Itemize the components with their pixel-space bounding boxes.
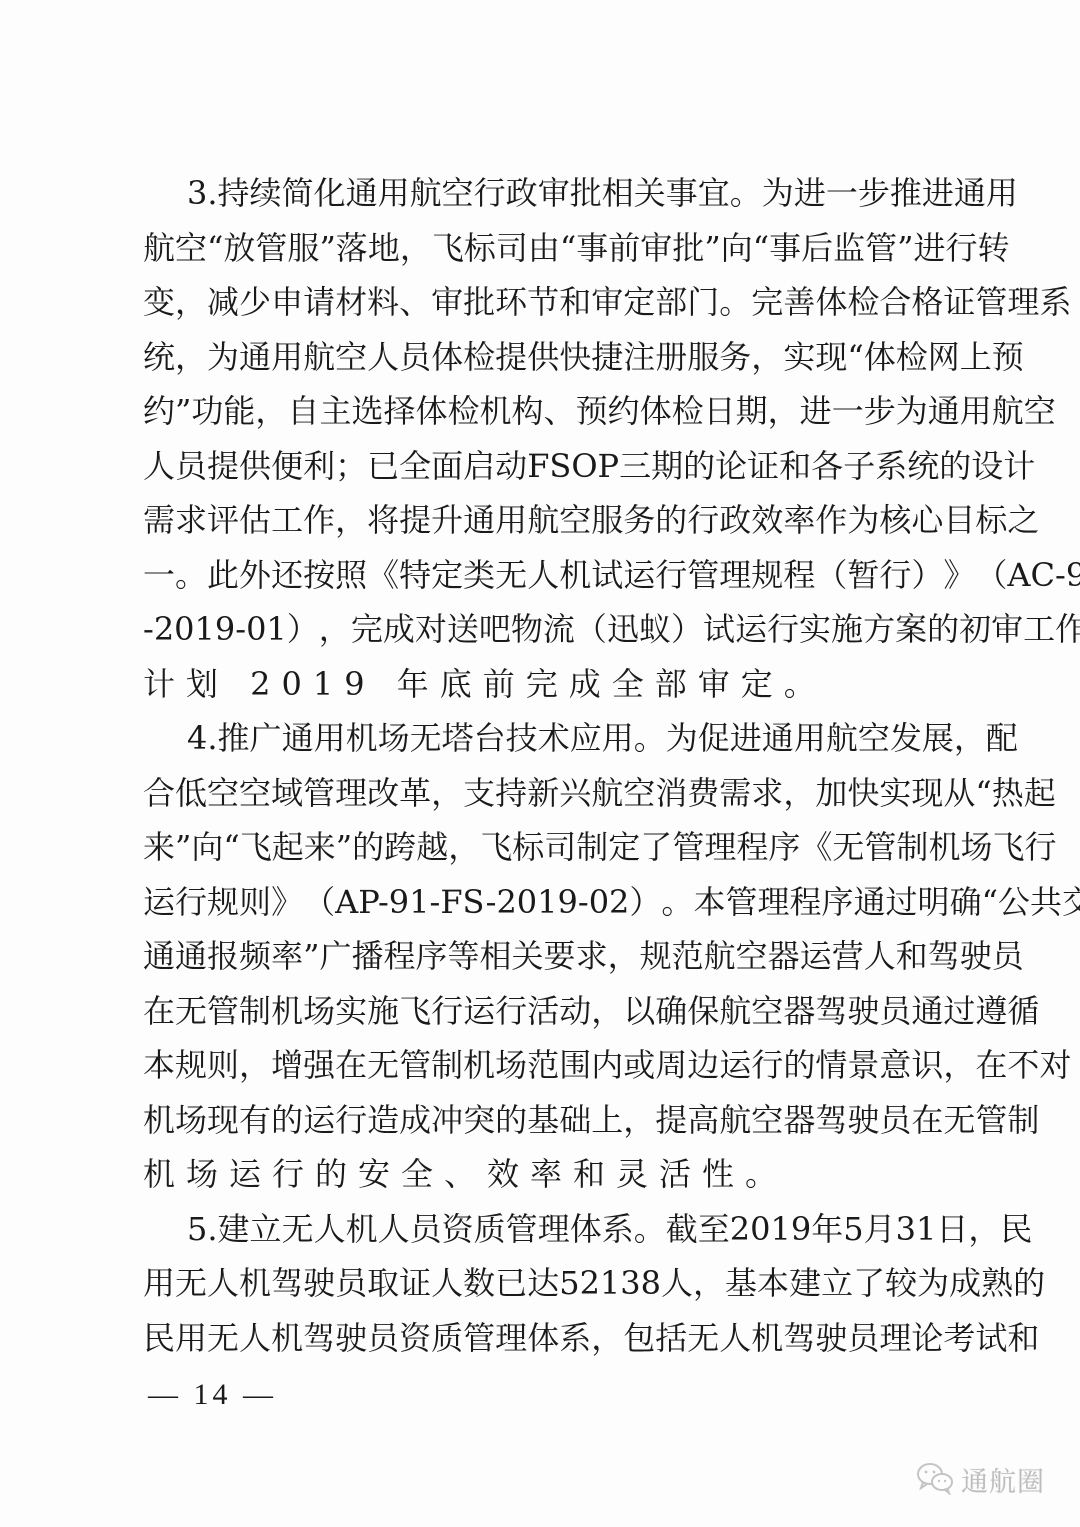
text-line: 本规则，增强在无管制机场范围内或周边运行的情景意识，在不对: [143, 1038, 939, 1093]
text-line: 航空“放管服”落地，飞标司由“事前审批”向“事后监管”进行转: [143, 221, 939, 276]
watermark-text: 通航圈: [961, 1460, 1045, 1499]
watermark: 通航圈: [915, 1460, 1045, 1499]
document-body: 3.持续简化通用航空行政审批相关事宜。为进一步推进通用 航空“放管服”落地，飞标…: [143, 166, 939, 1365]
text-line: 人员提供便利；已全面启动FSOP三期的论证和各子系统的设计: [143, 439, 939, 494]
text-line: 需求评估工作，将提升通用航空服务的行政效率作为核心目标之: [143, 493, 939, 548]
text-line: 通通报频率”广播程序等相关要求，规范航空器运营人和驾驶员: [143, 929, 939, 984]
wechat-icon: [915, 1461, 955, 1499]
text-line: 用无人机驾驶员取证人数已达52138人，基本建立了较为成熟的: [143, 1256, 939, 1311]
text-line: 合低空空域管理改革，支持新兴航空消费需求，加快实现从“热起: [143, 766, 939, 821]
text-line: 5.建立无人机人员资质管理体系。截至2019年5月31日，民: [143, 1202, 939, 1257]
text-line: 3.持续简化通用航空行政审批相关事宜。为进一步推进通用: [143, 166, 939, 221]
text-line: -2019-01），完成对送吧物流（迅蚁）试运行实施方案的初审工作，: [143, 602, 939, 657]
text-line: 统，为通用航空人员体检提供快捷注册服务，实现“体检网上预: [143, 330, 939, 385]
page-number: — 14 —: [148, 1378, 277, 1412]
text-line: 运行规则》（AP-91-FS-2019-02）。本管理程序通过明确“公共交: [143, 875, 939, 930]
text-line: 民用无人机驾驶员资质管理体系，包括无人机驾驶员理论考试和: [143, 1311, 939, 1366]
text-line: 来”向“飞起来”的跨越，飞标司制定了管理程序《无管制机场飞行: [143, 820, 939, 875]
text-line: 一。此外还按照《特定类无人机试运行管理规程（暂行）》（AC-92: [143, 548, 939, 603]
text-line: 4.推广通用机场无塔台技术应用。为促进通用航空发展，配: [143, 711, 939, 766]
text-line: 在无管制机场实施飞行运行活动，以确保航空器驾驶员通过遵循: [143, 984, 939, 1039]
text-line: 计划 2019 年底前完成全部审定。: [143, 657, 939, 712]
text-line: 机场现有的运行造成冲突的基础上，提高航空器驾驶员在无管制: [143, 1093, 939, 1148]
text-line: 变，减少申请材料、审批环节和审定部门。完善体检合格证管理系: [143, 275, 939, 330]
text-line: 约”功能，自主选择体检机构、预约体检日期，进一步为通用航空: [143, 384, 939, 439]
document-page: 3.持续简化通用航空行政审批相关事宜。为进一步推进通用 航空“放管服”落地，飞标…: [0, 0, 1080, 1527]
text-line: 机场运行的安全、效率和灵活性。: [143, 1147, 939, 1202]
